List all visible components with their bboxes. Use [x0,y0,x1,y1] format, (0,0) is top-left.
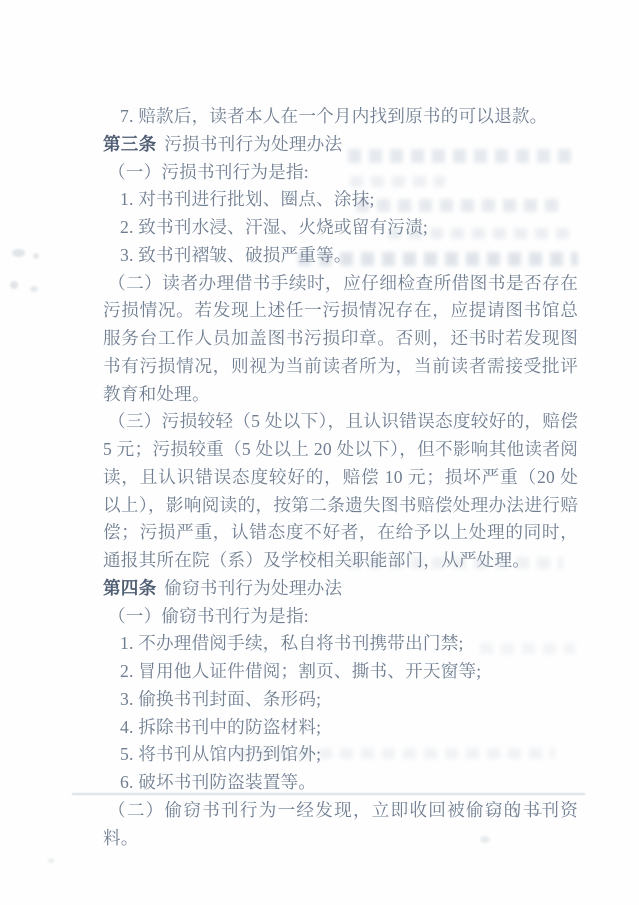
paragraph: （三）污损较轻（5 处以下），且认识错误态度较好的，赔偿 5 元；污损较重（5 … [103,408,578,575]
document-body: 7. 赔款后，读者本人在一个月内找到原书的可以退款。第三条污损书刊行为处理办法（… [103,103,578,852]
scan-speckle [12,249,25,257]
paragraph: 4. 拆除书刊中的防盗材料; [103,714,578,742]
paragraph: （一）偷窃书刊行为是指: [103,603,578,631]
scanned-document-page: 7. 赔款后，读者本人在一个月内找到原书的可以退款。第三条污损书刊行为处理办法（… [0,0,639,905]
page-number: — 3 — [487,805,546,822]
paragraph: 2. 致书刊水浸、汗湿、火烧或留有污渍; [103,214,578,242]
paragraph: 3. 致书刊褶皱、破损严重等。 [103,242,578,270]
article-heading: 第四条偷窃书刊行为处理办法 [103,575,578,603]
scan-speckle [10,281,18,289]
paragraph: 6. 破坏书刊防盗装置等。 [103,769,578,797]
scan-speckle [48,858,54,863]
paragraph: 3. 偷换书刊封面、条形码; [103,686,578,714]
paragraph: （二）读者办理借书手续时，应仔细检查所借图书是否存在污损情况。若发现上述任一污损… [103,270,578,409]
scan-speckle [30,286,38,292]
paragraph: 5. 将书刊从馆内扔到馆外; [103,741,578,769]
paragraph: 7. 赔款后，读者本人在一个月内找到原书的可以退款。 [103,103,578,131]
paragraph: （一）污损书刊行为是指: [103,159,578,187]
scan-speckle [33,253,39,259]
article-number-label: 第四条 [103,578,156,598]
article-number-label: 第三条 [103,134,156,154]
paragraph: 2. 冒用他人证件借阅；割页、撕书、开天窗等; [103,658,578,686]
paragraph: 1. 不办理借阅手续，私自将书刊携带出门禁; [103,630,578,658]
article-heading: 第三条污损书刊行为处理办法 [103,131,578,159]
paragraph: 1. 对书刊进行批划、圈点、涂抹; [103,186,578,214]
